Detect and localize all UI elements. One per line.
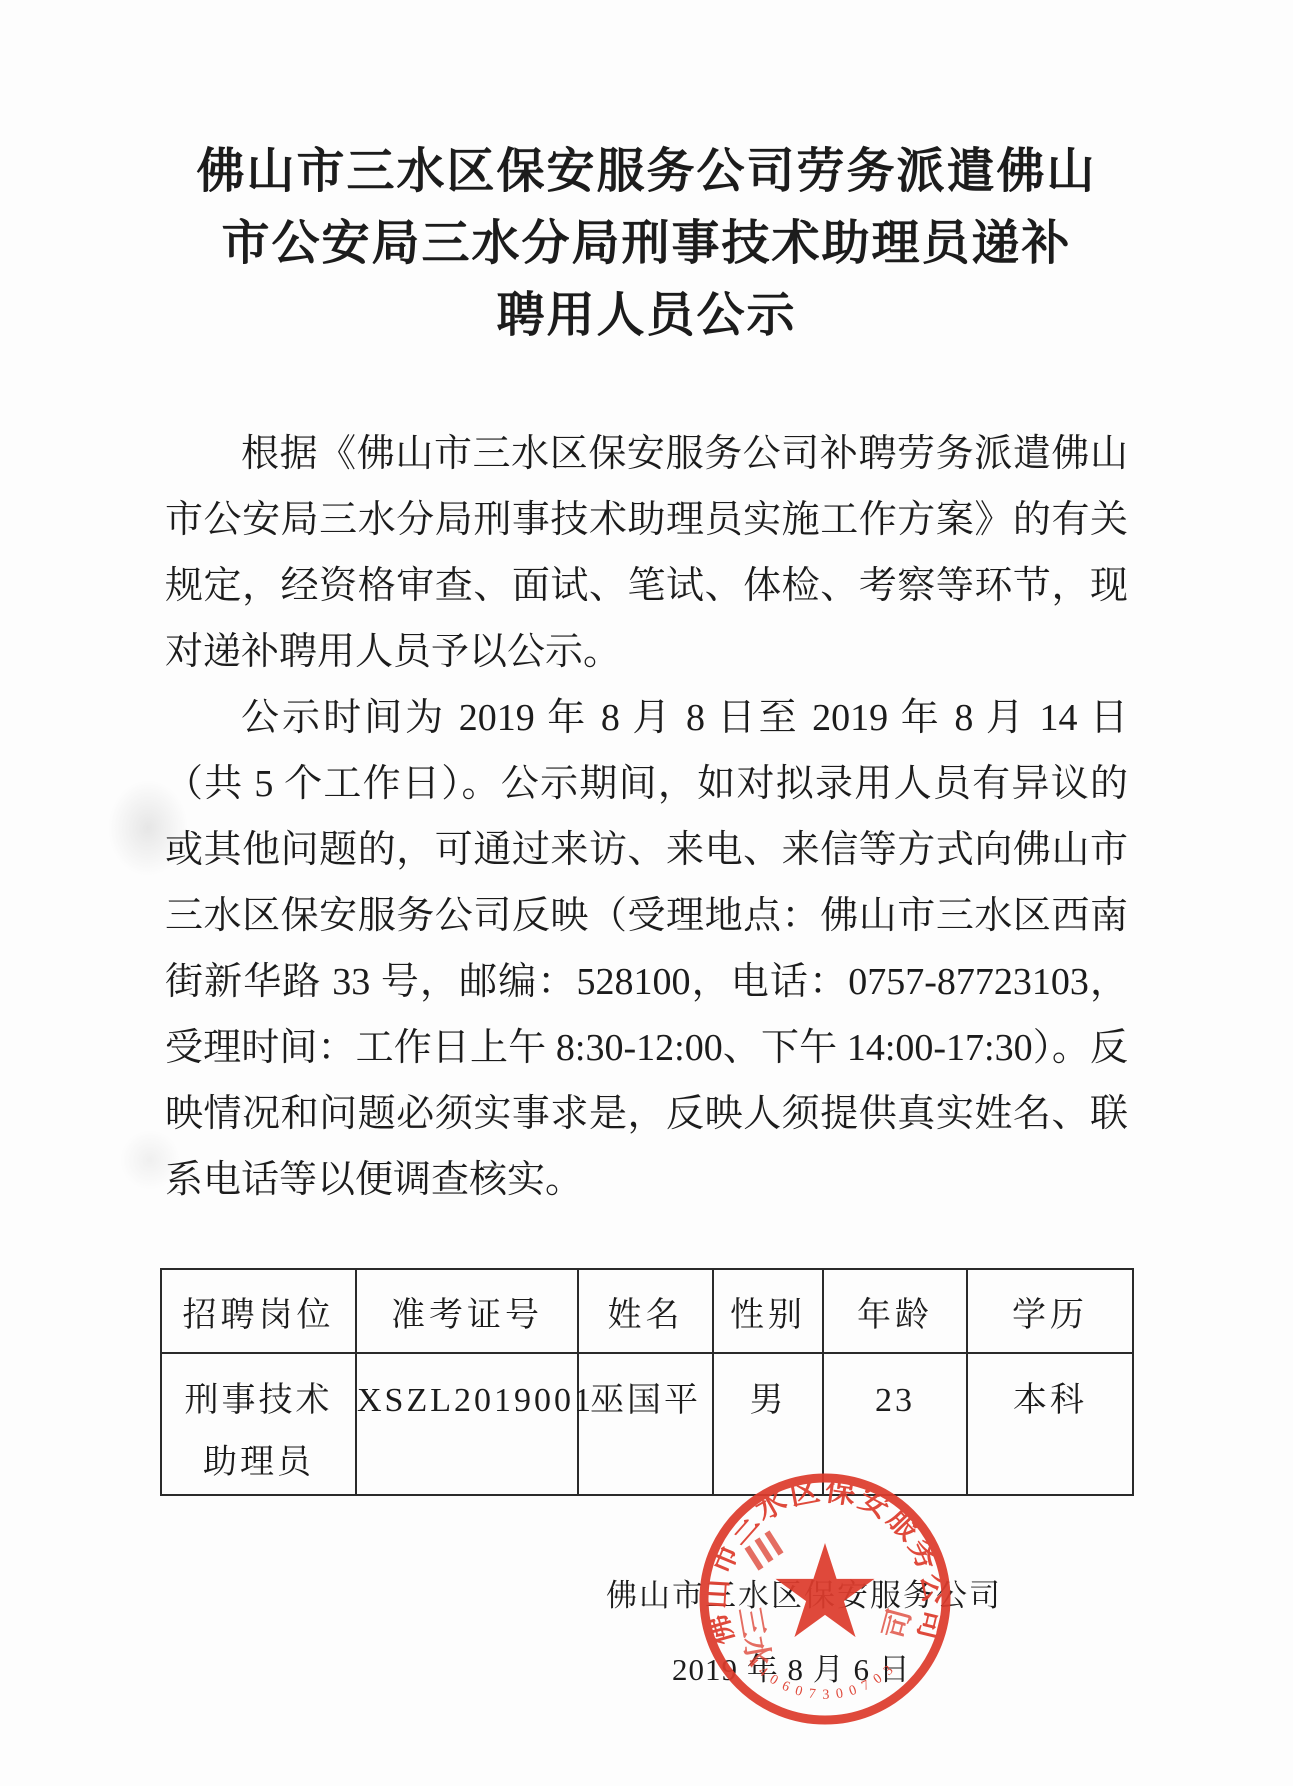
svg-text:司: 司 <box>878 1605 918 1643</box>
star-icon <box>776 1543 875 1637</box>
header-position: 招聘岗位 <box>161 1269 356 1353</box>
title-line-1: 佛山市三水区保安服务公司劳务派遣佛山 <box>0 136 1293 208</box>
document-title: 佛山市三水区保安服务公司劳务派遣佛山 市公安局三水分局刑事技术助理员递补 聘用人… <box>0 136 1293 352</box>
svg-text:三水: 三水 <box>732 1604 775 1669</box>
header-gender: 性别 <box>713 1269 823 1353</box>
header-education: 学历 <box>967 1269 1133 1353</box>
cell-position: 刑事技术助理员 <box>161 1353 356 1495</box>
applicant-table: 招聘岗位 准考证号 姓名 性别 年龄 学历 刑事技术助理员 XSZL201900… <box>160 1268 1134 1496</box>
cell-education: 本科 <box>967 1353 1133 1495</box>
document-body: 根据《佛山市三水区保安服务公司补聘劳务派遣佛山市公安局三水分局刑事技术助理员实施… <box>165 421 1128 1213</box>
cell-name: 巫国平 <box>578 1353 713 1495</box>
header-name: 姓名 <box>578 1269 713 1353</box>
title-line-3: 聘用人员公示 <box>0 280 1293 352</box>
cell-exam-number: XSZL2019001 <box>356 1353 578 1495</box>
table-row: 刑事技术助理员 XSZL2019001 巫国平 男 23 本科 <box>161 1353 1133 1495</box>
header-exam-number: 准考证号 <box>356 1269 578 1353</box>
table-header-row: 招聘岗位 准考证号 姓名 性别 年龄 学历 <box>161 1269 1133 1353</box>
header-age: 年龄 <box>823 1269 967 1353</box>
company-seal: 佛山市三水区保安服务公司 440607300703 三水 司 <box>694 1468 956 1730</box>
paragraph-publicity-period: 公示时间为 2019 年 8 月 8 日至 2019 年 8 月 14 日（共 … <box>165 685 1128 1213</box>
document-page: 佛山市三水区保安服务公司劳务派遣佛山 市公安局三水分局刑事技术助理员递补 聘用人… <box>0 0 1293 1786</box>
paragraph-basis: 根据《佛山市三水区保安服务公司补聘劳务派遣佛山市公安局三水分局刑事技术助理员实施… <box>165 421 1128 685</box>
title-line-2: 市公安局三水分局刑事技术助理员递补 <box>0 208 1293 280</box>
